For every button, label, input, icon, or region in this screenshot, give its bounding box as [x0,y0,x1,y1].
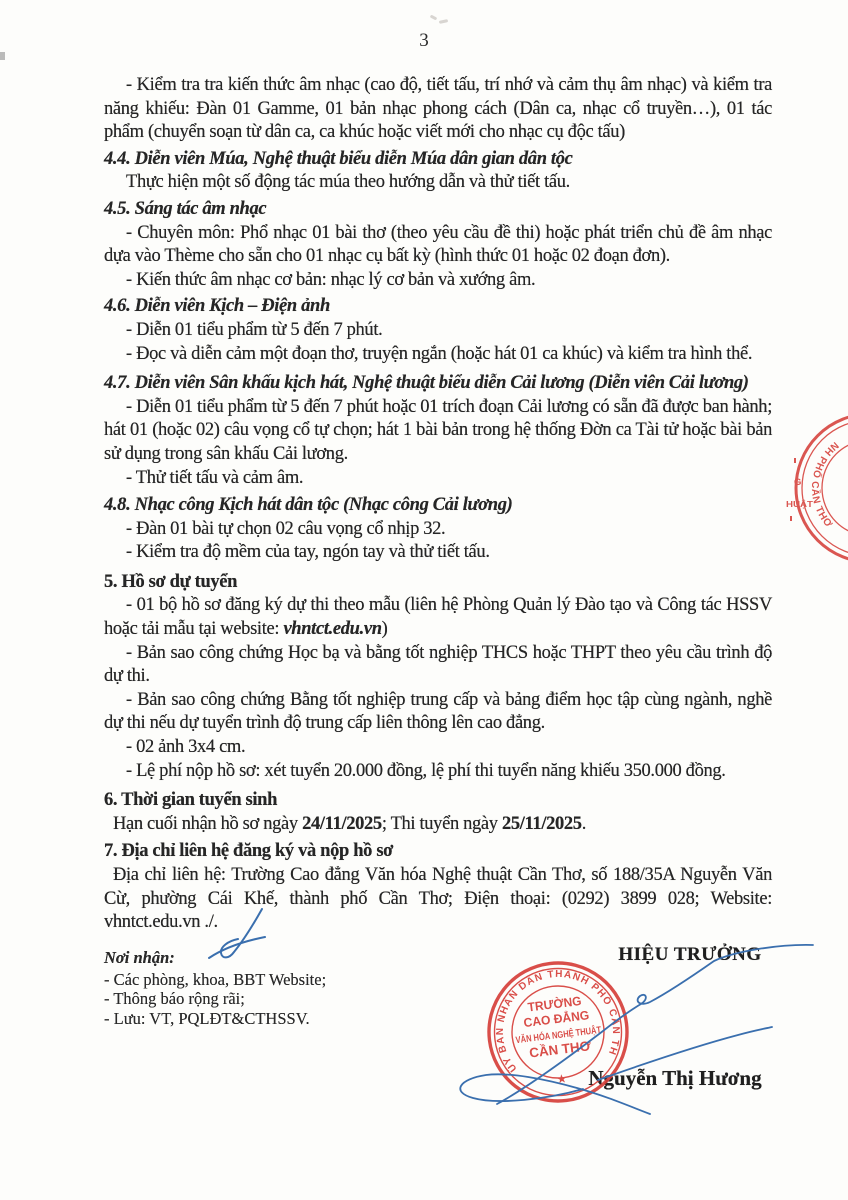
recipients-block: Nơi nhận: - Các phòng, khoa, BBT Website… [104,948,424,1028]
paragraph: - Kiểm tra tra kiến thức âm nhạc (cao độ… [104,74,772,145]
recipient-item: - Các phòng, khoa, BBT Website; [104,970,424,990]
recipients-title: Nơi nhận: [104,948,424,968]
scan-smudge [430,15,438,21]
edge-stamp-arc-text: NH PHỐ CẦN THƠ [809,439,840,530]
edge-stamp: NH PHỐ CẦN THƠ G HUẬT [786,406,848,572]
paragraph: - Lệ phí nộp hồ sơ: xét tuyển 20.000 đồn… [104,760,772,784]
paragraph: - Đọc và diễn cảm một đoạn thơ, truyện n… [104,343,772,367]
scan-edge-artifact [0,52,5,60]
paragraph: - Đàn 01 bài tự chọn 02 câu vọng cổ nhịp… [104,518,772,542]
paragraph: Thực hiện một số động tác múa theo hướng… [104,171,772,195]
paragraph: - Bản sao công chứng Học bạ và bằng tốt … [104,642,772,689]
paragraph: Hạn cuối nhận hồ sơ ngày 24/11/2025; Thi… [104,813,772,837]
paragraph: - Bản sao công chứng Bằng tốt nghiệp tru… [104,689,772,736]
scan-smudge [439,19,448,24]
recipient-item: - Thông báo rộng rãi; [104,989,424,1009]
paragraph: - 01 bộ hồ sơ đăng ký dự thi theo mẫu (l… [104,594,772,641]
section-heading: 5. Hồ sơ dự tuyển [104,571,772,595]
section-heading: 6. Thời gian tuyển sinh [104,789,772,813]
section-heading: 4.5. Sáng tác âm nhạc [104,198,772,222]
edge-stamp-fragment: HUẬT [786,498,814,509]
paragraph: - Thử tiết tấu và cảm âm. [104,467,772,491]
paragraph: Địa chỉ liên hệ: Trường Cao đẳng Văn hóa… [104,864,772,935]
paragraph: - Kiểm tra độ mềm của tay, ngón tay và t… [104,541,772,565]
official-stamp: ỦY BAN NHÂN DÂN THÀNH PHỐ CẦN THƠ TRƯỜNG… [474,948,641,1115]
page-number: 3 [0,30,848,52]
paragraph: - Diễn 01 tiểu phẩm từ 5 đến 7 phút. [104,319,772,343]
document-body: - Kiểm tra tra kiến thức âm nhạc (cao độ… [104,74,772,935]
edge-stamp-fragment: G [794,477,801,488]
section-heading: 4.7. Diễn viên Sân khấu kịch hát, Nghệ t… [104,372,772,396]
paragraph: - Kiến thức âm nhạc cơ bản: nhạc lý cơ b… [104,269,772,293]
edge-stamp-mark [794,458,796,463]
stamp-star-icon: ★ [556,1071,568,1086]
paragraph: - Chuyên môn: Phổ nhạc 01 bài thơ (theo … [104,222,772,269]
section-heading: 4.4. Diễn viên Múa, Nghệ thuật biểu diễn… [104,148,772,172]
recipients-list: - Các phòng, khoa, BBT Website;- Thông b… [104,970,424,1029]
section-heading: 4.6. Diễn viên Kịch – Điện ảnh [104,295,772,319]
document-page: 3 - Kiểm tra tra kiến thức âm nhạc (cao … [0,0,848,1200]
paragraph: - 02 ảnh 3x4 cm. [104,736,772,760]
section-heading: 4.8. Nhạc công Kịch hát dân tộc (Nhạc cô… [104,494,772,518]
section-heading: 7. Địa chỉ liên hệ đăng ký và nộp hồ sơ [104,840,772,864]
edge-stamp-mark [790,516,792,521]
paragraph: - Diễn 01 tiểu phẩm từ 5 đến 7 phút hoặc… [104,396,772,467]
recipient-item: - Lưu: VT, PQLĐT&CTHSSV. [104,1009,424,1029]
